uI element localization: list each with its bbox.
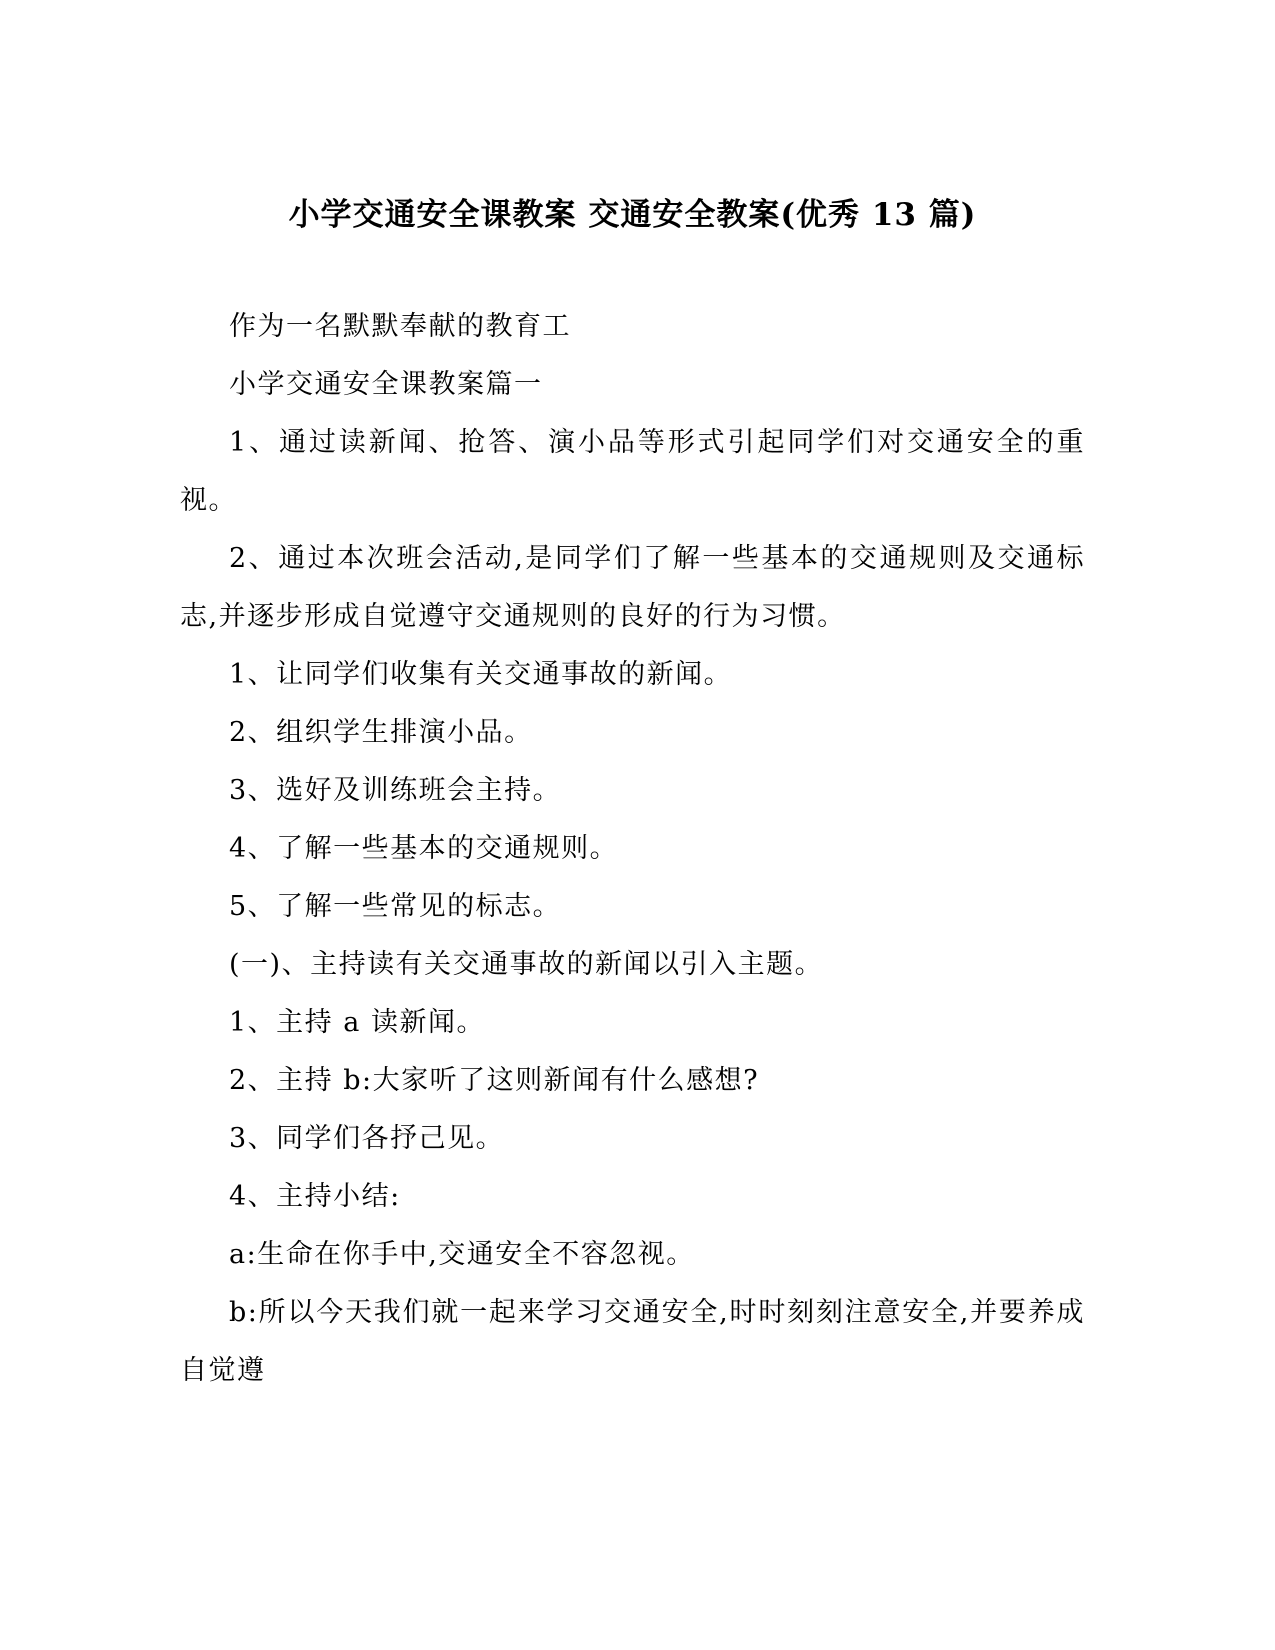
paragraph: 3、选好及训练班会主持。 [180,762,1085,820]
paragraph: 5、了解一些常见的标志。 [180,878,1085,936]
paragraph: 4、了解一些基本的交通规则。 [180,820,1085,878]
paragraph: 2、组织学生排演小品。 [180,704,1085,762]
paragraph: a:生命在你手中,交通安全不容忽视。 [180,1226,1085,1284]
document-page: 小学交通安全课教案 交通安全教案(优秀 13 篇) 作为一名默默奉献的教育工小学… [0,0,1275,1650]
paragraph: 2、通过本次班会活动,是同学们了解一些基本的交通规则及交通标志,并逐步形成自觉遵… [180,530,1085,646]
paragraph: 作为一名默默奉献的教育工 [180,298,1085,356]
paragraph: 4、主持小结: [180,1168,1085,1226]
paragraph: (一)、主持读有关交通事故的新闻以引入主题。 [180,936,1085,994]
paragraph: b:所以今天我们就一起来学习交通安全,时时刻刻注意安全,并要养成自觉遵 [180,1284,1085,1400]
document-body: 作为一名默默奉献的教育工小学交通安全课教案篇一1、通过读新闻、抢答、演小品等形式… [180,298,1085,1400]
paragraph: 2、主持 b:大家听了这则新闻有什么感想? [180,1052,1085,1110]
paragraph: 1、通过读新闻、抢答、演小品等形式引起同学们对交通安全的重视。 [180,414,1085,530]
paragraph: 1、让同学们收集有关交通事故的新闻。 [180,646,1085,704]
paragraph: 1、主持 a 读新闻。 [180,994,1085,1052]
document-title: 小学交通安全课教案 交通安全教案(优秀 13 篇) [180,192,1085,238]
paragraph: 小学交通安全课教案篇一 [180,356,1085,414]
paragraph: 3、同学们各抒己见。 [180,1110,1085,1168]
